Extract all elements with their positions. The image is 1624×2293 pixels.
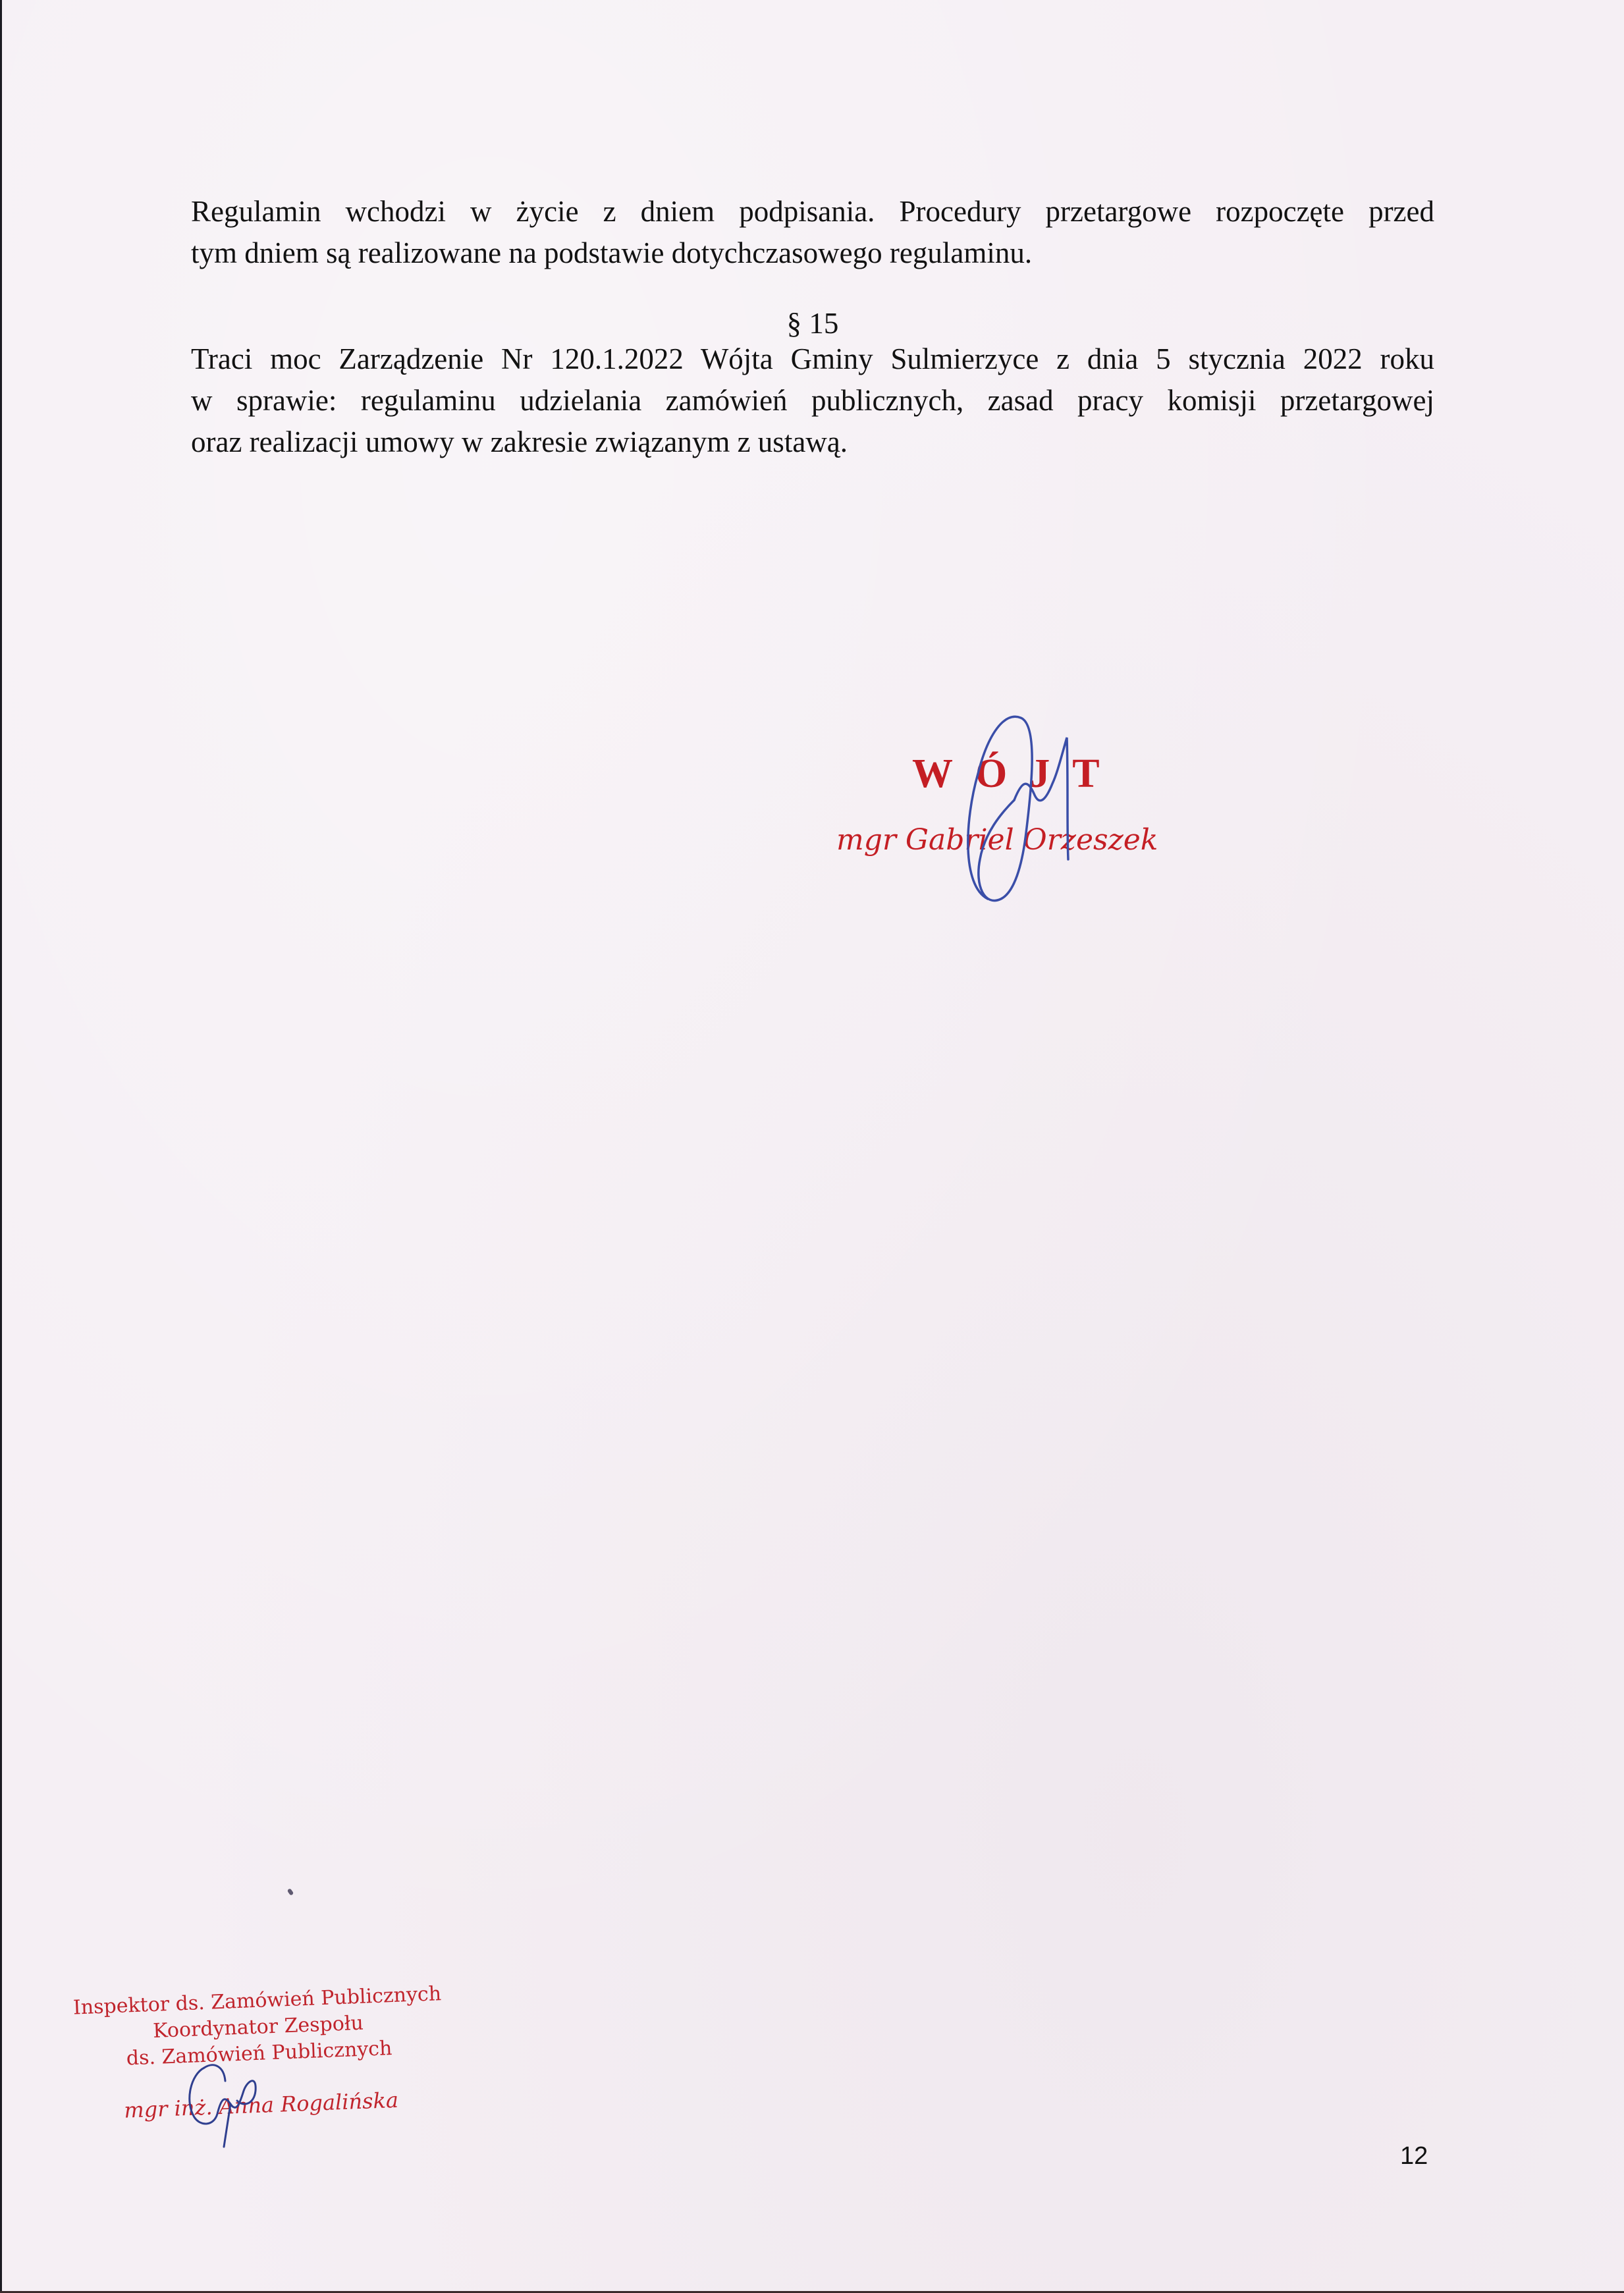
paragraph-line: Traci moc Zarządzenie Nr 120.1.2022 Wójt… — [191, 338, 1434, 380]
scan-speck — [287, 1888, 294, 1896]
paragraph-line: oraz realizacji umowy w zakresie związan… — [191, 421, 1434, 463]
handwritten-signature-icon — [948, 701, 1106, 912]
page-number: 12 — [1400, 2142, 1428, 2171]
paragraph-effective-date: Regulamin wchodzi w życie z dniem podpis… — [191, 191, 1434, 274]
paragraph-repeal: Traci moc Zarządzenie Nr 120.1.2022 Wójt… — [191, 338, 1434, 463]
scanned-page: Regulamin wchodzi w życie z dniem podpis… — [0, 0, 1624, 2293]
paragraph-line: tym dniem są realizowane na podstawie do… — [191, 232, 1434, 274]
scan-edge-left — [0, 0, 2, 2293]
paragraph-line: w sprawie: regulaminu udzielania zamówie… — [191, 380, 1434, 421]
handwritten-signature-icon — [178, 2055, 283, 2153]
paragraph-line: Regulamin wchodzi w życie z dniem podpis… — [191, 191, 1434, 232]
